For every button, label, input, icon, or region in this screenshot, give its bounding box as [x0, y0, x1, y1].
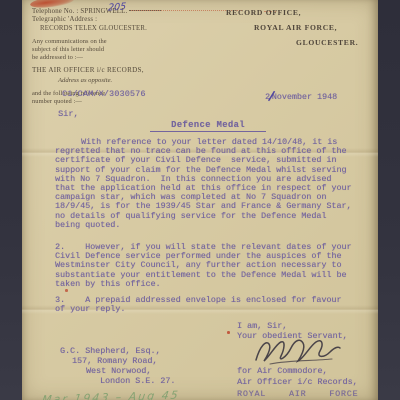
dotted-rule [129, 10, 161, 11]
recipient-address-line3: London S.E. 27. [100, 376, 175, 386]
subject-heading: Defence Medal [150, 120, 266, 132]
recipient-address-line1: 157, Romany Road, [72, 356, 157, 366]
paragraph-3: 3. A prepaid addressed envelope is enclo… [55, 296, 355, 314]
letterhead-royal-air-force: ROYAL AIR FORCE, [254, 23, 337, 32]
handwritten-bottom-note: Mar 1943 – Aug 45 [41, 389, 180, 400]
closing-i-am-sir: I am, Sir, [237, 321, 287, 331]
royal-air-force-stamp-line: ROYAL AIR FORCE [237, 389, 358, 399]
recipient-address-line2: West Norwood, [86, 366, 151, 376]
for-air-commodore-line: for Air Commodore, [237, 366, 327, 376]
air-officer-records-line: Air Officer i/c Records, [237, 377, 358, 387]
telegraphic-value: RECORDS TELEX GLOUCESTER. [32, 25, 182, 33]
scanned-letter-screenshot: { "colors": { "scan_background": "#31313… [0, 0, 400, 400]
communications-note-line1: Any communications on the [32, 38, 182, 46]
letterhead-record-office: RECORD OFFICE, [226, 8, 301, 17]
air-officer-addressee: THE AIR OFFICER i/c RECORDS, [32, 66, 182, 75]
handwritten-telephone-number: 205 [108, 1, 127, 13]
red-speck-closing [227, 331, 230, 334]
letter-paper: Telephone No. : SPRINGWELL. Telegraphic … [22, 0, 378, 400]
salutation: Sir, [58, 109, 79, 119]
paragraph-1: With reference to your letter dated 14/1… [55, 138, 355, 230]
date-month-year: November 1948 [272, 92, 337, 102]
date-line: 2/November 1948 [265, 88, 337, 103]
letterhead-gloucester: GLOUCESTER. [296, 38, 358, 47]
paragraph-2: 2. However, if you will state the releva… [55, 243, 355, 289]
reference-number: C1/CAM/X/3030576 [62, 89, 146, 99]
communications-note-line2: subject of this letter should [32, 46, 182, 54]
red-speck-paragraph3 [65, 289, 68, 292]
signature-ink-strokes [250, 334, 346, 368]
communications-note-line3: be addressed to :— [32, 54, 182, 62]
recipient-name: G.C. Shepherd, Esq., [60, 346, 161, 356]
address-as-opposite: Address as opposite. [32, 77, 182, 85]
telegraphic-label: Telegraphic 'Address : [32, 16, 182, 24]
